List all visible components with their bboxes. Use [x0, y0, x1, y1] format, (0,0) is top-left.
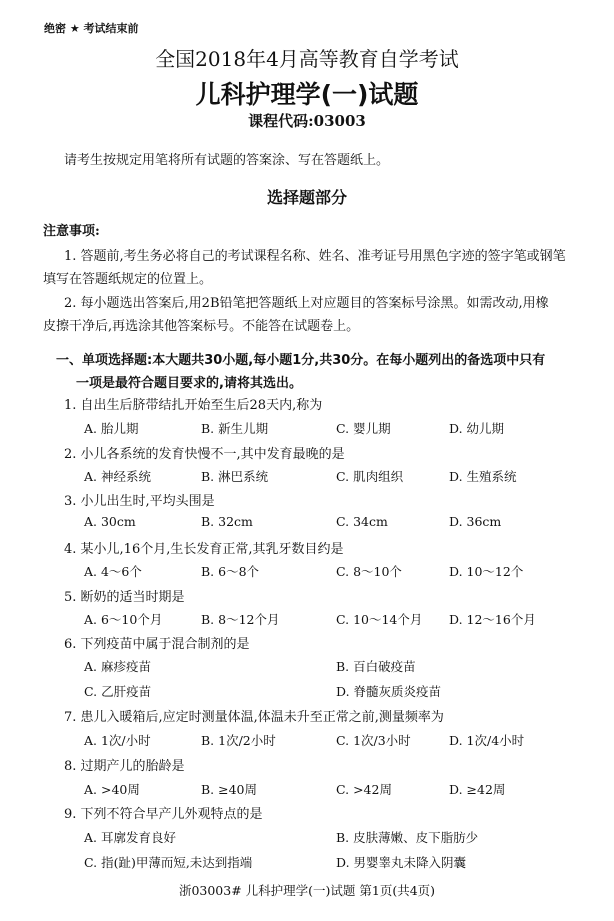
course-code: 课程代码:03003	[0, 110, 614, 131]
question-8-option-a[interactable]: A. >40周	[84, 780, 140, 798]
question-1-option-d[interactable]: D. 幼儿期	[449, 419, 504, 437]
note-1-line2: 填写在答题纸规定的位置上。	[43, 268, 212, 287]
section-title: 选择题部分	[0, 185, 614, 208]
part-one-heading-line1: 一、单项选择题:本大题共30小题,每小题1分,共30分。在每小题列出的备选项中只…	[56, 349, 545, 368]
notes-title: 注意事项:	[43, 220, 100, 239]
question-2-option-a[interactable]: A. 神经系统	[84, 467, 151, 485]
question-9-option-d[interactable]: D. 男婴睾丸未降入阴囊	[336, 853, 466, 871]
question-3-option-b[interactable]: B. 32cm	[201, 514, 253, 529]
question-8-stem: 8. 过期产儿的胎龄是	[64, 755, 185, 774]
question-3-option-c[interactable]: C. 34cm	[336, 514, 388, 529]
question-3-option-a[interactable]: A. 30cm	[84, 514, 136, 529]
question-2-option-b[interactable]: B. 淋巴系统	[201, 467, 268, 485]
question-4-option-d[interactable]: D. 10～12个	[449, 562, 523, 580]
question-7-option-b[interactable]: B. 1次/2小时	[201, 731, 276, 749]
question-8-option-d[interactable]: D. ≥42周	[449, 780, 505, 798]
part-one-heading-line2: 一项是最符合题目要求的,请将其选出。	[76, 372, 302, 391]
question-6-option-b[interactable]: B. 百白破疫苗	[336, 657, 416, 675]
page-footer: 浙03003# 儿科护理学(一)试题 第1页(共4页)	[0, 881, 614, 899]
question-3-option-d[interactable]: D. 36cm	[449, 514, 501, 529]
question-7-option-a[interactable]: A. 1次/小时	[84, 731, 151, 749]
question-1-option-a[interactable]: A. 胎儿期	[84, 419, 138, 437]
question-6-stem: 6. 下列疫苗中属于混合制剂的是	[64, 633, 250, 652]
question-5-stem: 5. 断奶的适当时期是	[64, 586, 185, 605]
question-5-option-a[interactable]: A. 6～10个月	[84, 610, 162, 628]
question-4-option-b[interactable]: B. 6～8个	[201, 562, 259, 580]
question-9-option-c[interactable]: C. 指(趾)甲薄而短,未达到指端	[84, 853, 252, 871]
question-9-option-b[interactable]: B. 皮肤薄嫩、皮下脂肪少	[336, 828, 478, 846]
note-1-line1: 1. 答题前,考生务必将自己的考试课程名称、姓名、准考证号用黑色字迹的签字笔或钢…	[64, 245, 566, 264]
question-2-stem: 2. 小儿各系统的发育快慢不一,其中发育最晚的是	[64, 443, 345, 462]
question-6-option-c[interactable]: C. 乙肝疫苗	[84, 682, 151, 700]
question-6-option-a[interactable]: A. 麻疹疫苗	[84, 657, 151, 675]
question-9-stem: 9. 下列不符合早产儿外观特点的是	[64, 803, 263, 822]
confidential-mark: 绝密 ★ 考试结束前	[44, 20, 139, 36]
note-2-line1: 2. 每小题选出答案后,用2B铅笔把答题纸上对应题目的答案标号涂黑。如需改动,用…	[64, 292, 549, 311]
question-6-option-d[interactable]: D. 脊髓灰质炎疫苗	[336, 682, 441, 700]
question-8-option-b[interactable]: B. ≥40周	[201, 780, 257, 798]
question-4-stem: 4. 某小儿,16个月,生长发育正常,其乳牙数目约是	[64, 538, 343, 557]
question-1-stem: 1. 自出生后脐带结扎开始至生后28天内,称为	[64, 394, 322, 413]
note-2-line2: 皮擦干净后,再选涂其他答案标号。不能答在试题卷上。	[43, 315, 359, 334]
question-2-option-c[interactable]: C. 肌肉组织	[336, 467, 403, 485]
question-5-option-b[interactable]: B. 8～12个月	[201, 610, 280, 628]
question-8-option-c[interactable]: C. >42周	[336, 780, 392, 798]
question-4-option-c[interactable]: C. 8～10个	[336, 562, 402, 580]
question-7-option-d[interactable]: D. 1次/4小时	[449, 731, 524, 749]
subject-title: 儿科护理学(一)试题	[0, 75, 614, 111]
question-5-option-c[interactable]: C. 10～14个月	[336, 610, 422, 628]
question-2-option-d[interactable]: D. 生殖系统	[449, 467, 517, 485]
question-7-stem: 7. 患儿入暖箱后,应定时测量体温,体温未升至正常之前,测量频率为	[64, 706, 444, 725]
question-3-stem: 3. 小儿出生时,平均头围是	[64, 490, 215, 509]
question-1-option-b[interactable]: B. 新生儿期	[201, 419, 268, 437]
instruction: 请考生按规定用笔将所有试题的答案涂、写在答题纸上。	[64, 149, 389, 168]
question-7-option-c[interactable]: C. 1次/3小时	[336, 731, 411, 749]
question-1-option-c[interactable]: C. 婴儿期	[336, 419, 391, 437]
exam-title: 全国2018年4月高等教育自学考试	[0, 43, 614, 72]
question-9-option-a[interactable]: A. 耳廓发育良好	[84, 828, 176, 846]
question-5-option-d[interactable]: D. 12～16个月	[449, 610, 536, 628]
question-4-option-a[interactable]: A. 4～6个	[84, 562, 142, 580]
